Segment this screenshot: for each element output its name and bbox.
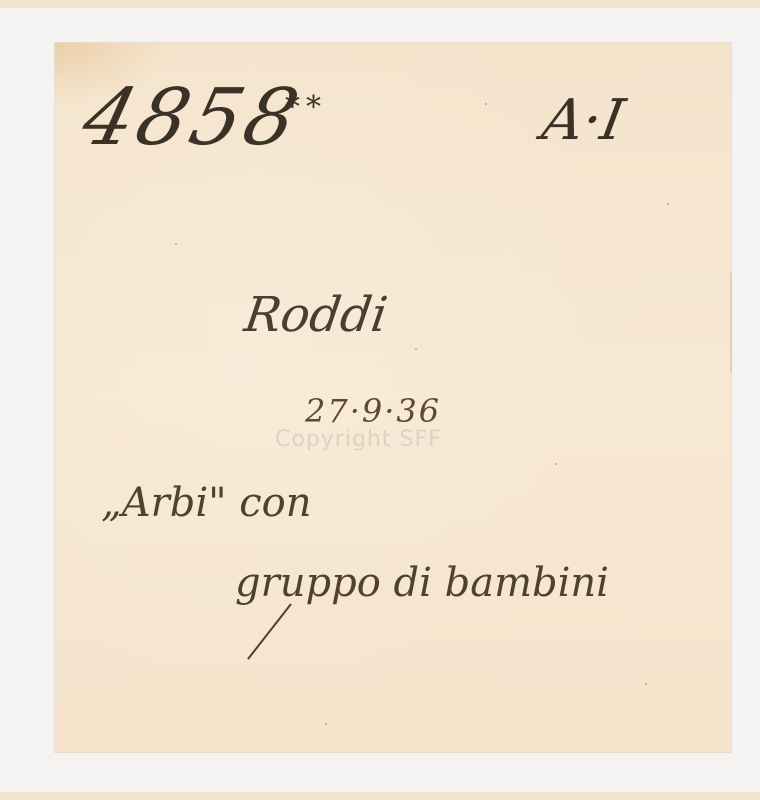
paper-speck: [325, 723, 327, 725]
paper-speck: [645, 683, 647, 685]
paper-speck: [555, 463, 557, 465]
description-line-1: „Arbi" con: [101, 483, 312, 523]
bottom-edge-strip: [0, 792, 760, 800]
top-edge-strip: [0, 0, 760, 8]
handwritten-index-card: 4858 ** A·I Roddi 27·9·36 Copyright SFF …: [55, 43, 731, 752]
paper-speck: [415, 348, 417, 350]
catalog-number: 4858: [75, 79, 309, 157]
card-edge-shadow: [730, 273, 732, 373]
pen-stroke: [247, 603, 292, 659]
date: 27·9·36: [305, 395, 441, 427]
paper-speck: [485, 103, 487, 105]
collection-code: A·I: [538, 93, 628, 149]
copyright-watermark: Copyright SFF: [275, 427, 442, 452]
description-line-2: gruppo di bambini: [235, 563, 609, 603]
paper-speck: [667, 203, 669, 205]
paper-speck: [175, 243, 177, 245]
place-name: Roddi: [242, 291, 391, 339]
star-marker: **: [285, 93, 327, 123]
